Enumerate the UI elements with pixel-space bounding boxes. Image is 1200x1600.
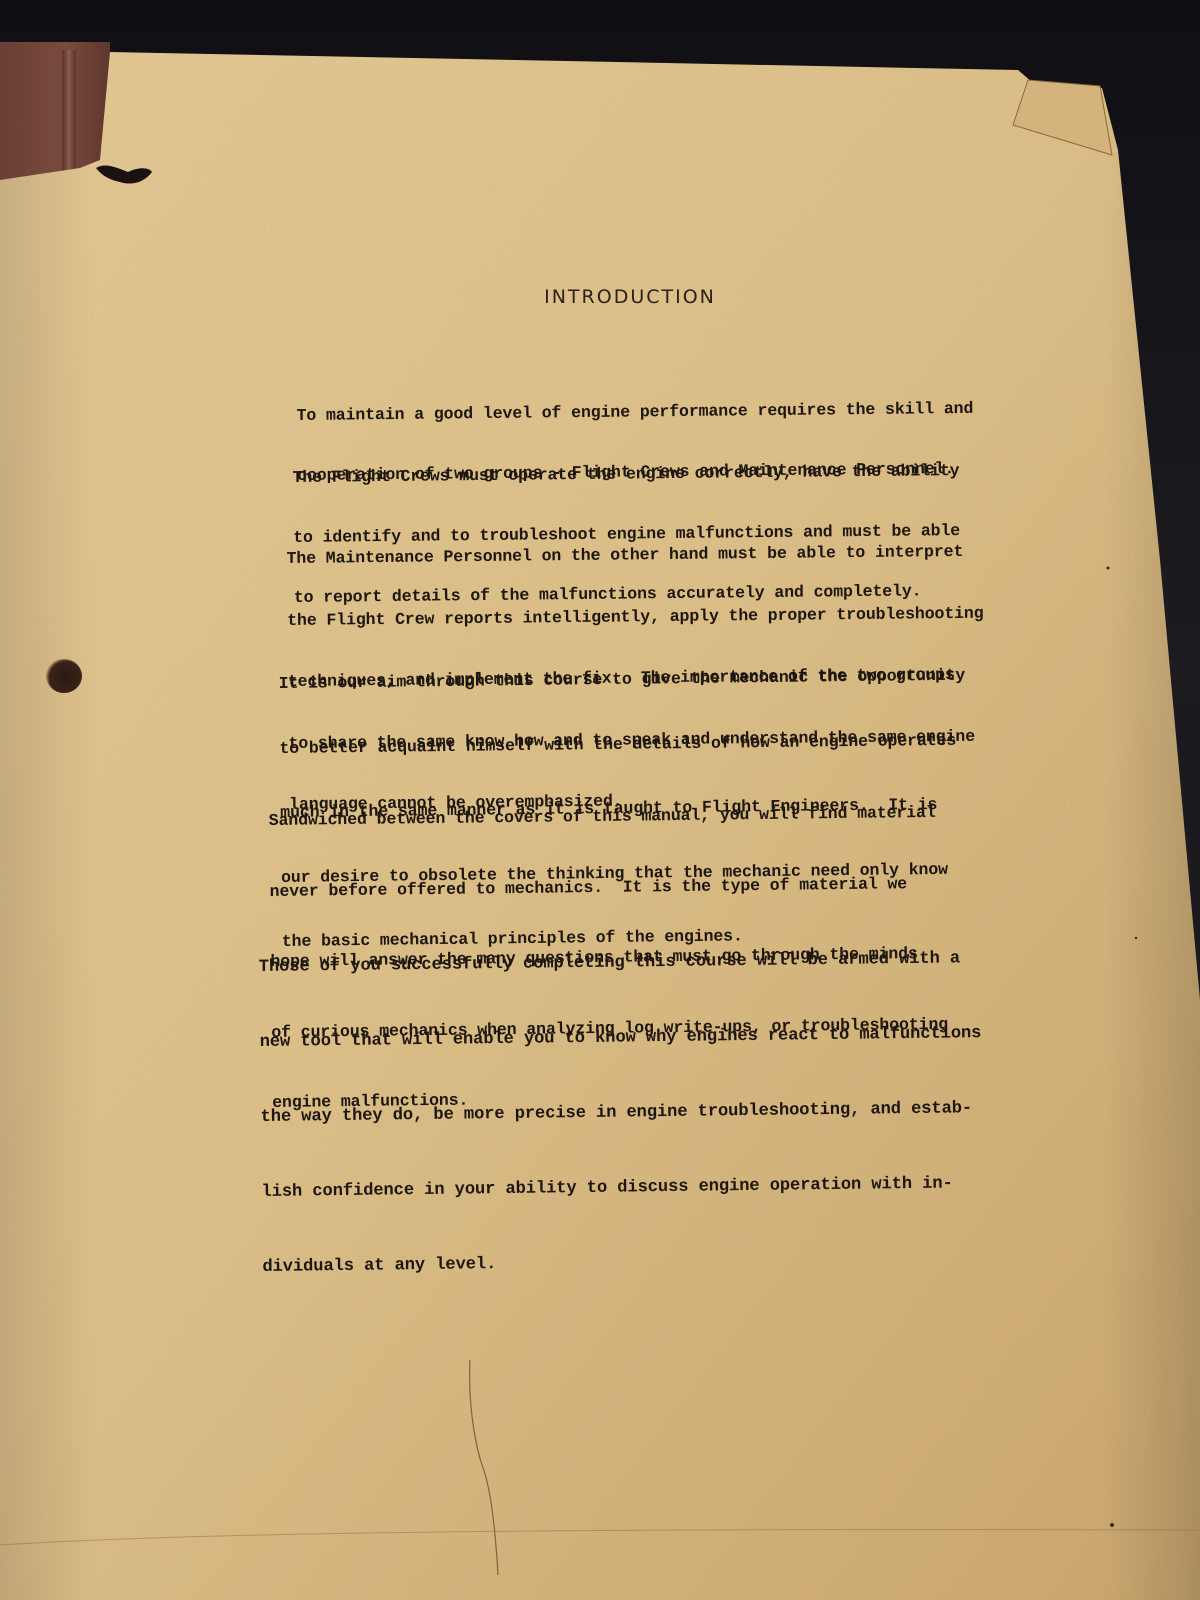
text-line: lish confidence in your ability to discu… xyxy=(261,1171,983,1205)
text-line: dividuals at any level. xyxy=(262,1246,984,1280)
text-line: the way they do, be more precise in engi… xyxy=(260,1096,982,1130)
text-line: Those of you successfully completing thi… xyxy=(259,946,981,980)
text-line: new tool that will enable you to know wh… xyxy=(260,1021,982,1055)
text-line: The Flight Crews must operate the engine… xyxy=(292,461,959,488)
page-title: INTRODUCTION xyxy=(0,286,1200,308)
text-line: It is our aim through this course to giv… xyxy=(279,665,966,695)
document-body: INTRODUCTION To maintain a good level of… xyxy=(0,0,1200,1600)
text-line: Sandwiched between the covers of this ma… xyxy=(269,801,946,833)
paragraph-6: Those of you successfully completing thi… xyxy=(258,896,985,1330)
text-line: The Maintenance Personnel on the other h… xyxy=(286,542,983,570)
